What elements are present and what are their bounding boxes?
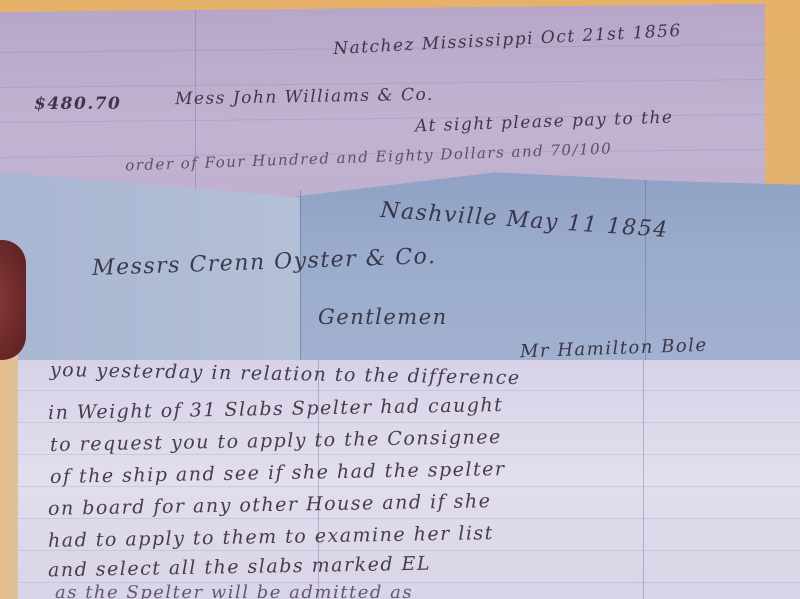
body-line-8: as the Spelter will be admitted as — [55, 582, 413, 599]
letter-greeting: Gentlemen — [318, 305, 448, 329]
ruled-line — [18, 390, 800, 391]
thumb — [0, 240, 26, 360]
fold-crease — [195, 10, 196, 210]
left-edge-background — [0, 355, 18, 599]
fold-crease — [643, 360, 644, 599]
bill-amount: $480.70 — [34, 94, 121, 114]
blue-fold-crease — [300, 190, 301, 370]
